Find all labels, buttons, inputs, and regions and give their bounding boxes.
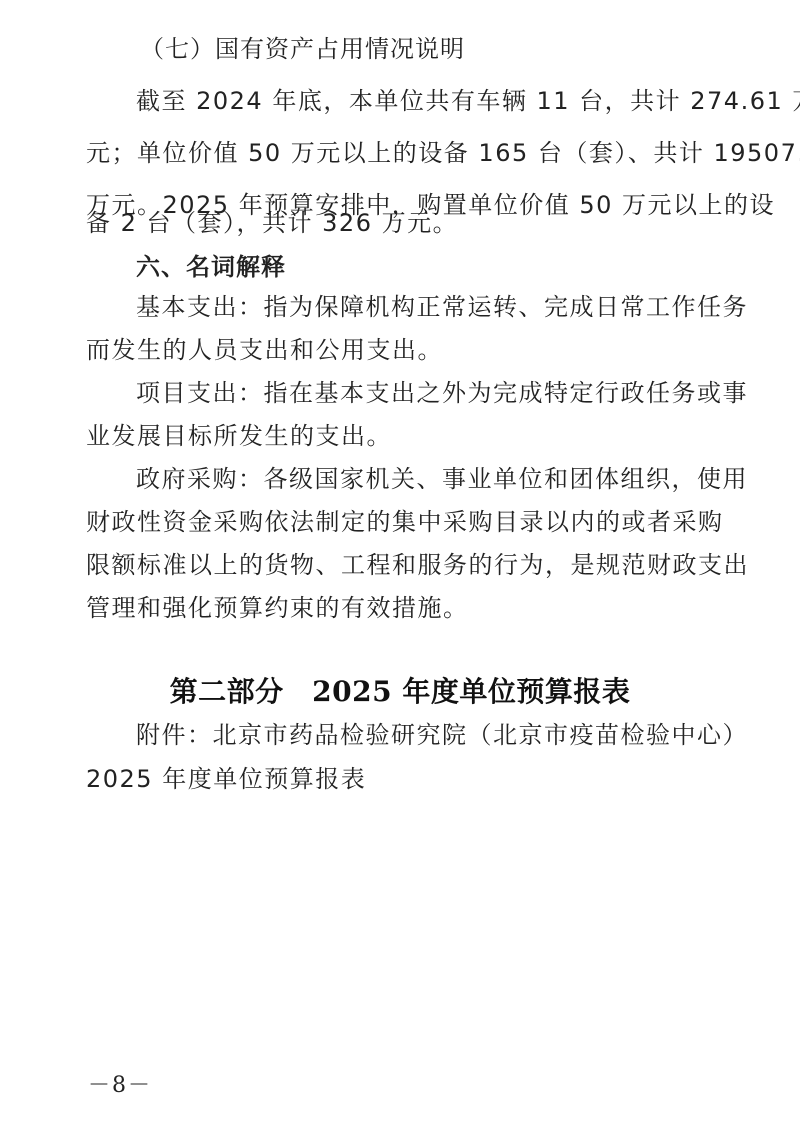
paragraph-line: 限额标准以上的货物、工程和服务的行为，是规范财政支出: [86, 550, 718, 580]
attachment-line: 附件：北京市药品检验研究院（北京市疫苗检验中心）: [136, 720, 718, 750]
part-two-title: 第二部分 2025 年度单位预算报表: [0, 670, 800, 710]
page-number: －8－: [88, 1068, 152, 1099]
paragraph-line: 截至 2024 年底，本单位共有车辆 11 台，共计 274.61 万: [136, 86, 718, 116]
paragraph-line: 管理和强化预算约束的有效措施。: [86, 593, 469, 623]
paragraph-line: 而发生的人员支出和公用支出。: [86, 335, 443, 365]
paragraph-line: 业发展目标所发生的支出。: [86, 421, 392, 451]
attachment-line: 2025 年度单位预算报表: [86, 764, 366, 794]
glossary-term-project-expenditure: 项目支出：指在基本支出之外为完成特定行政任务或事: [136, 378, 718, 408]
paragraph-line: 财政性资金采购依法制定的集中采购目录以内的或者采购: [86, 507, 718, 537]
paragraph-line: 元；单位价值 50 万元以上的设备 165 台（套）、共计 19507.74: [86, 138, 718, 168]
glossary-term-basic-expenditure: 基本支出：指为保障机构正常运转、完成日常工作任务: [136, 292, 718, 322]
glossary-term-government-procurement: 政府采购：各级国家机关、事业单位和团体组织，使用: [136, 464, 718, 494]
section-heading-state-assets: （七）国有资产占用情况说明: [140, 34, 465, 64]
document-page: （七）国有资产占用情况说明 截至 2024 年底，本单位共有车辆 11 台，共计…: [0, 0, 800, 1131]
paragraph-line: 备 2 台（套），共计 326 万元。: [86, 208, 458, 238]
section-heading-glossary: 六、名词解释: [136, 252, 286, 282]
